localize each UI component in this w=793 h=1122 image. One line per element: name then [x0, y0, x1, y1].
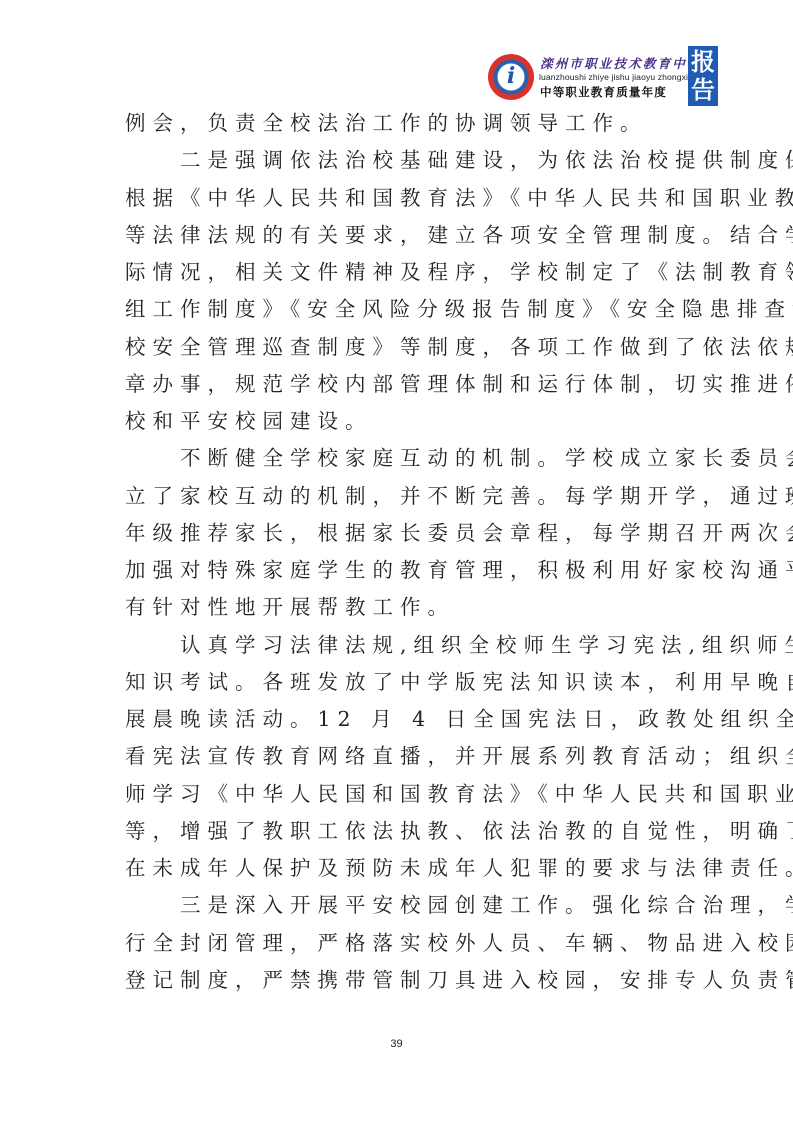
text-line: 有针对性地开展帮教工作。	[125, 589, 725, 626]
text-line: 校安全管理巡查制度》等制度，各项工作做到了依法依规、按	[125, 329, 725, 366]
text-line: 看宪法宣传教育网络直播，并开展系列教育活动；组织全体教	[125, 738, 725, 775]
report-subtitle: 中等职业教育质量年度	[540, 84, 667, 100]
org-title: 滦州市职业技术教育中心	[540, 54, 702, 72]
emblem-letter: i	[488, 63, 534, 89]
text-line: 际情况，相关文件精神及程序，学校制定了《法制教育领导小	[125, 254, 725, 291]
text-line: 师学习《中华人民国和国教育法》《中华人民共和国职业教育法》	[125, 776, 725, 813]
text-line: 立了家校互动的机制，并不断完善。每学期开学，通过班级和	[125, 478, 725, 515]
text-line: 年级推荐家长，根据家长委员会章程，每学期召开两次会议，	[125, 515, 725, 552]
text-line: 章办事，规范学校内部管理体制和运行体制，切实推进依法治	[125, 366, 725, 403]
document-page: i 滦州市职业技术教育中心 luanzhoushi zhiye jishu ji…	[0, 0, 793, 1122]
text-line: 例会，负责全校法治工作的协调领导工作。	[125, 105, 725, 142]
paragraph: 不断健全学校家庭互动的机制。学校成立家长委员会，建 立了家校互动的机制，并不断完…	[125, 440, 725, 626]
text-line: 二是强调依法治校基础建设，为依法治校提供制度保障。	[125, 142, 725, 179]
report-badge-char-2: 告	[688, 76, 718, 104]
text-line: 校和平安校园建设。	[125, 403, 725, 440]
text-line: 不断健全学校家庭互动的机制。学校成立家长委员会，建	[125, 440, 725, 477]
text-line: 组工作制度》《安全风险分级报告制度》《安全隐患排查制度》《学	[125, 291, 725, 328]
text-line: 认真学习法律法规,组织全校师生学习宪法,组织师生宪法	[125, 627, 725, 664]
report-badge-char-1: 报	[688, 48, 718, 76]
report-badge: 报 告	[688, 46, 718, 106]
school-emblem-icon: i	[488, 54, 534, 100]
text-line: 在未成年人保护及预防未成年人犯罪的要求与法律责任。	[125, 850, 725, 887]
text-line: 展晨晚读活动。12 月 4 日全国宪法日，政教处组织全校师生收	[125, 701, 725, 738]
paragraph: 二是强调依法治校基础建设，为依法治校提供制度保障。 根据《中华人民共和国教育法》…	[125, 142, 725, 440]
text-line: 三是深入开展平安校园创建工作。强化综合治理，学校实	[125, 887, 725, 924]
report-header-logo: i 滦州市职业技术教育中心 luanzhoushi zhiye jishu ji…	[488, 52, 720, 104]
paragraph: 认真学习法律法规,组织全校师生学习宪法,组织师生宪法 知识考试。各班发放了中学版…	[125, 627, 725, 888]
text-line: 等，增强了教职工依法执教、依法治教的自觉性，明确了学校	[125, 813, 725, 850]
org-pinyin: luanzhoushi zhiye jishu jiaoyu zhongxin	[539, 72, 693, 82]
text-line: 知识考试。各班发放了中学版宪法知识读本，利用早晚自习开	[125, 664, 725, 701]
body-text: 例会，负责全校法治工作的协调领导工作。 二是强调依法治校基础建设，为依法治校提供…	[125, 105, 725, 999]
page-number: 39	[0, 1038, 793, 1050]
text-line: 等法律法规的有关要求，建立各项安全管理制度。结合学校实	[125, 217, 725, 254]
paragraph: 三是深入开展平安校园创建工作。强化综合治理，学校实 行全封闭管理，严格落实校外人…	[125, 887, 725, 999]
text-line: 行全封闭管理，严格落实校外人员、车辆、物品进入校园查询	[125, 925, 725, 962]
text-line: 根据《中华人民共和国教育法》《中华人民共和国职业教育法》	[125, 180, 725, 217]
text-line: 登记制度，严禁携带管制刀具进入校园，安排专人负责管理。	[125, 962, 725, 999]
text-line: 加强对特殊家庭学生的教育管理，积极利用好家校沟通平台，	[125, 552, 725, 589]
paragraph: 例会，负责全校法治工作的协调领导工作。	[125, 105, 725, 142]
